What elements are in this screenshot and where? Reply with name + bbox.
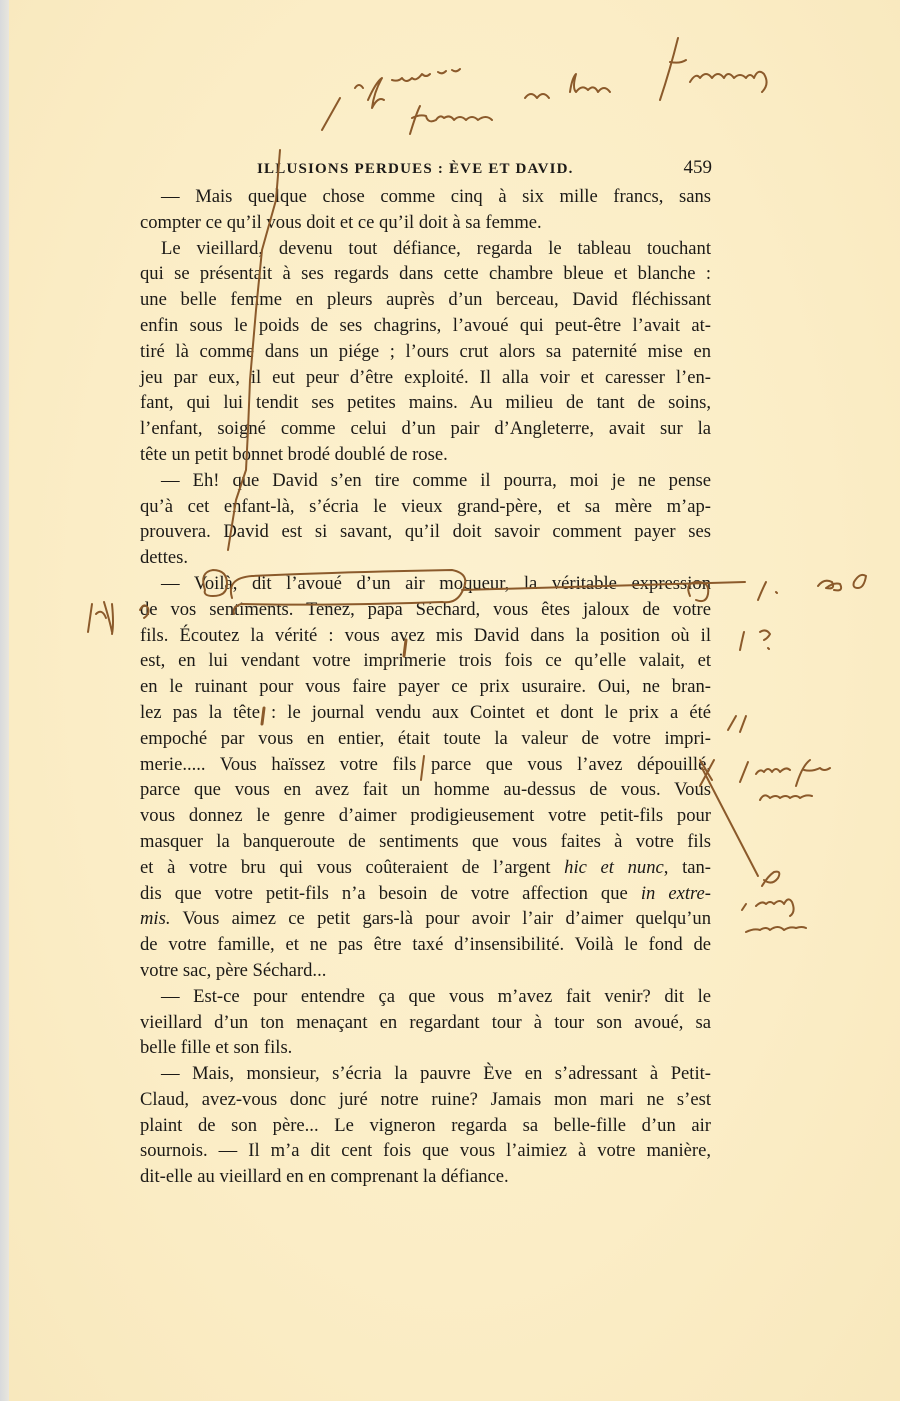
x-mark (700, 760, 714, 786)
top-note-slash (322, 98, 340, 130)
margin-note-7 (746, 927, 806, 932)
margin-note-left (88, 602, 113, 634)
mark-colon-2 (262, 708, 264, 724)
margin-note-4 (740, 760, 830, 800)
circle-end-expression (688, 582, 708, 601)
top-note-scribble-3 (660, 38, 767, 100)
margin-note-1 (758, 575, 866, 600)
mark-fils (421, 756, 424, 780)
vertical-stroke-line (228, 150, 280, 550)
margin-note-3 (728, 716, 746, 732)
mark-colon-1 (404, 640, 406, 656)
loop-around-phrase (231, 570, 465, 614)
margin-note-2 (740, 630, 770, 650)
top-note-scribble-1 (355, 69, 460, 108)
margin-note-6 (742, 899, 794, 916)
margin-note-5 (762, 872, 779, 886)
circle-voila (203, 570, 227, 596)
caret-mark-sentiments (140, 605, 149, 618)
diagonal-link-line (702, 768, 758, 876)
top-note-scribble-2 (410, 74, 610, 134)
handwritten-annotations (0, 0, 900, 1401)
